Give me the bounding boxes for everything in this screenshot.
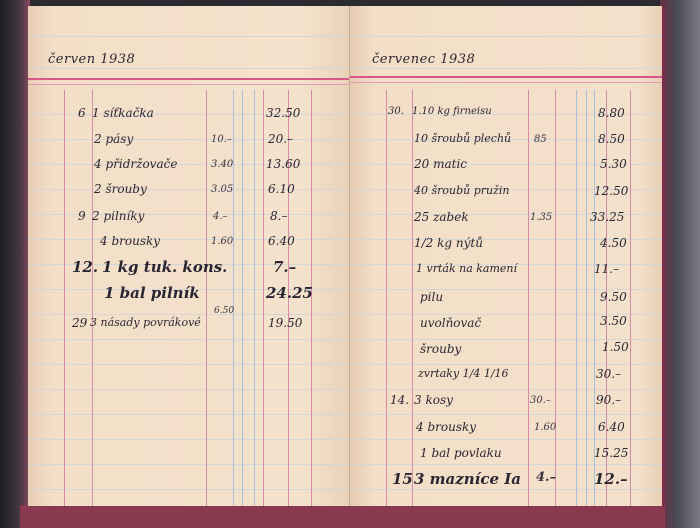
month-heading: červen 1938	[48, 52, 135, 67]
column-rule	[528, 90, 529, 506]
column-rule	[64, 90, 65, 506]
header-rule-thin	[28, 84, 350, 85]
book-cover-bottom-edge	[20, 505, 665, 528]
header-rule	[28, 78, 350, 80]
column-rule	[412, 90, 413, 506]
column-rule	[92, 90, 93, 506]
ledger-page-left: červen 1938 6 1 síťkačka 32.50 2 pásy 10…	[28, 6, 350, 506]
header-rule	[350, 76, 662, 78]
column-rule	[630, 90, 631, 506]
column-rule	[263, 90, 264, 506]
header-rule-thin	[350, 82, 662, 83]
column-rule	[206, 90, 207, 506]
book-cover-left-edge	[0, 0, 30, 528]
month-heading: červenec 1938	[372, 52, 475, 67]
column-rule	[555, 90, 556, 506]
book-cover-right-edge	[660, 0, 700, 528]
column-rule	[386, 90, 387, 506]
ledger-page-right: červenec 1938 30. 1.10 kg firneisu 8.80 …	[350, 6, 665, 506]
